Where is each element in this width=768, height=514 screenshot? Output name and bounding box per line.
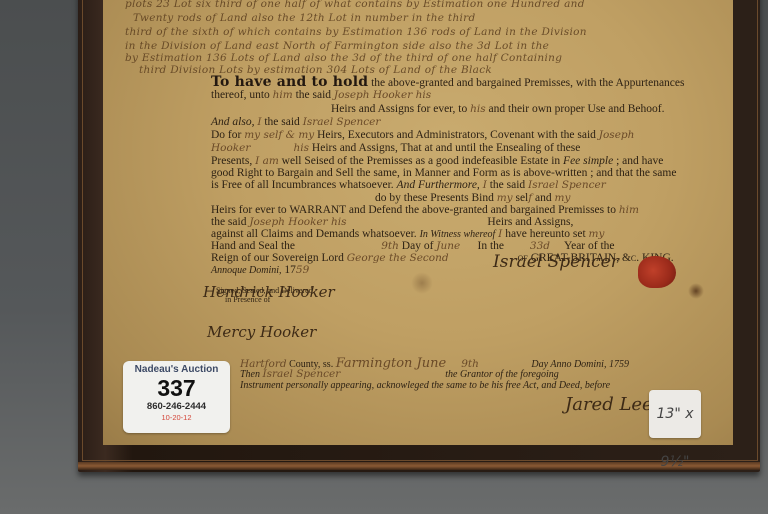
- acknowledgment-line: Then Israel Spencer the Grantor of the f…: [240, 368, 559, 380]
- printed-line: Heirs for ever to WARRANT and Defend the…: [211, 204, 639, 216]
- printed-line: Annoque Domini, 1759: [211, 264, 309, 276]
- size-label: 13" x 9½": [649, 390, 701, 438]
- handwritten-line: third of the sixth of which contains by …: [125, 26, 587, 38]
- auction-phone: 860-246-2444: [123, 401, 230, 412]
- printed-line: Hand and Seal the 9th Day of June In the…: [211, 240, 615, 252]
- printed-line: good Right to Bargain and Sell the same,…: [211, 167, 676, 179]
- printed-line: Do for my self & my Heirs, Executors and…: [211, 129, 634, 141]
- auction-lot-tag: Nadeau's Auction 337 860-246-2444 10-20-…: [123, 361, 230, 433]
- handwritten-line: Twenty rods of Land also the 12th Lot in…: [133, 12, 476, 24]
- printed-line: And also, I the said Israel Spencer: [211, 116, 380, 128]
- handwritten-line: plots 23 Lot six third of one half of wh…: [125, 0, 585, 10]
- acknowledgment-line: Instrument personally appearing, acknowl…: [240, 380, 610, 391]
- printed-line: do by these Presents Bind my self and my: [375, 192, 570, 204]
- printed-line: against all Claims and Demands whatsoeve…: [211, 228, 604, 240]
- printed-line: Hooker his Heirs and Assigns, That at an…: [211, 142, 580, 154]
- witness-signature: Mercy Hooker: [207, 323, 316, 341]
- lot-number: 337: [123, 376, 230, 400]
- printed-line: is Free of all Incumbrances whatsoever. …: [211, 179, 606, 191]
- wax-seal: [638, 256, 676, 288]
- habendum-heading: To have and to hold: [211, 74, 368, 90]
- paper-stain: [688, 283, 704, 299]
- frame-bottom-edge: [78, 462, 760, 470]
- handwritten-line: by Estimation 136 Lots of Land also the …: [125, 52, 562, 64]
- witness-signature: Hendrick Hooker: [203, 283, 335, 301]
- justice-signature: Jared Lee: [565, 394, 653, 415]
- printed-line: the said Joseph Hooker his Heirs and Ass…: [211, 216, 573, 228]
- printed-line: Heirs and Assigns for ever, to his and t…: [331, 103, 664, 115]
- auction-date: 10-20-12: [123, 413, 230, 422]
- auction-house-name: Nadeau's Auction: [123, 364, 230, 375]
- printed-line: To have and to hold the above-granted an…: [211, 74, 684, 90]
- printed-line: Presents, I am well Seised of the Premis…: [211, 155, 663, 167]
- printed-line: thereof, unto him the said Joseph Hooker…: [211, 89, 431, 101]
- handwritten-line: in the Division of Land east North of Fa…: [125, 40, 549, 52]
- grantor-signature: Israel Spencer: [493, 252, 619, 272]
- paper-stain: [411, 272, 433, 294]
